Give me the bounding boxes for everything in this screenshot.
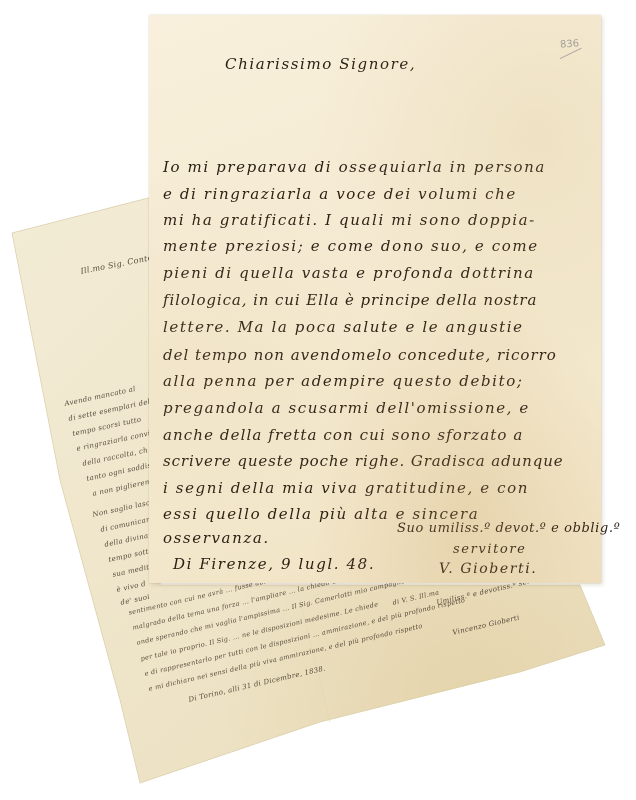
letter-closing-servitore: servitore bbox=[453, 542, 526, 557]
back-line: a non piglierem bbox=[92, 478, 152, 497]
letter-line: pieni di quella vasta e profonda dottrin… bbox=[163, 264, 535, 282]
back-line: tempo sotto bbox=[108, 548, 154, 564]
letter-line: i segni della mia viva gratitudine, e co… bbox=[163, 479, 529, 497]
back-line: è vivo d bbox=[116, 581, 147, 594]
document-photo: Ill.mo Sig. Conte, e Avendo mancato al d… bbox=[0, 0, 636, 800]
letter-closing: Suo umiliss.º devot.º e obblig.º bbox=[397, 521, 620, 536]
letter-line: alla penna per adempire questo debito; bbox=[163, 372, 524, 390]
letter-salutation: Chiarissimo Signore, bbox=[225, 55, 416, 73]
letter-signature: V. Gioberti. bbox=[439, 561, 537, 577]
front-letter: 836 Chiarissimo Signore, Io mi preparava… bbox=[149, 15, 601, 583]
letter-line: lettere. Ma la poca salute e le angustie bbox=[163, 318, 524, 336]
letter-line: filologica, in cui Ella è principe della… bbox=[163, 291, 537, 309]
back-line: della divina bbox=[104, 533, 149, 549]
letter-line: mi ha gratificati. I quali mi sono doppi… bbox=[163, 211, 536, 229]
letter-line: mente preziosi; e come dono suo, e come bbox=[163, 237, 539, 255]
letter-line: osservanza. bbox=[163, 529, 270, 547]
letter-line: e di ringraziarla a voce dei volumi che bbox=[163, 185, 517, 203]
letter-date: Di Firenze, 9 lugl. 48. bbox=[173, 555, 375, 573]
letter-line: scrivere queste poche righe. Gradisca ad… bbox=[163, 452, 564, 470]
back-letter-signature: Vincenzo Gioberti bbox=[452, 615, 520, 637]
letter-line: pregandola a scusarmi dell'omissione, e bbox=[163, 399, 530, 417]
letter-line: Io mi preparava di ossequiarla in person… bbox=[163, 158, 546, 176]
letter-line: del tempo non avendomelo concedute, rico… bbox=[163, 346, 557, 364]
archive-number: 836 bbox=[560, 38, 580, 50]
letter-line: anche della fretta con cui sono sforzato… bbox=[163, 426, 523, 444]
